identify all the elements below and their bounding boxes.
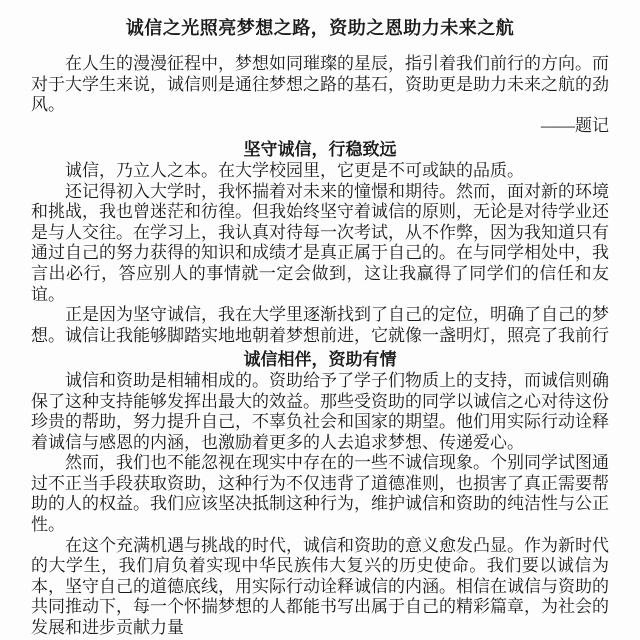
body-paragraph: 诚信和资助是相辅相成的。资助给予了学子们物质上的支持，而诚信则确保了这种支持能够… [31, 371, 609, 453]
body-paragraph: 然而，我们也不能忽视在现实中存在的一些不诚信现象。个别同学试图通过不正当手段获取… [31, 453, 609, 535]
epigraph-attribution: ——题记 [31, 116, 609, 137]
document-page: 诚信之光照亮梦想之路，资助之恩助力未来之航 在人生的漫漫征程中，梦想如同璀璨的星… [0, 0, 640, 640]
section-heading: 诚信相伴，资助有情 [31, 350, 609, 371]
document-title: 诚信之光照亮梦想之路，资助之恩助力未来之航 [31, 17, 609, 40]
body-paragraph: 还记得初入大学时，我怀揣着对未来的憧憬和期待。然而，面对新的环境和挑战，我也曾迷… [31, 182, 609, 306]
section-heading: 坚守诚信，行稳致远 [31, 140, 609, 161]
body-paragraph: 在这个充满机遇与挑战的时代，诚信和资助的意义愈发凸显。作为新时代的大学生，我们肩… [31, 536, 609, 639]
document-body: 在人生的漫漫征程中，梦想如同璀璨的星辰，指引着我们前行的方向。而对于大学生来说，… [31, 54, 609, 639]
body-paragraph: 在人生的漫漫征程中，梦想如同璀璨的星辰，指引着我们前行的方向。而对于大学生来说，… [31, 54, 609, 116]
body-paragraph: 诚信，乃立人之本。在大学校园里，它更是不可或缺的品质。 [31, 161, 609, 182]
body-paragraph: 正是因为坚守诚信，我在大学里逐渐找到了自己的定位，明确了自己的梦想。诚信让我能够… [31, 305, 609, 346]
